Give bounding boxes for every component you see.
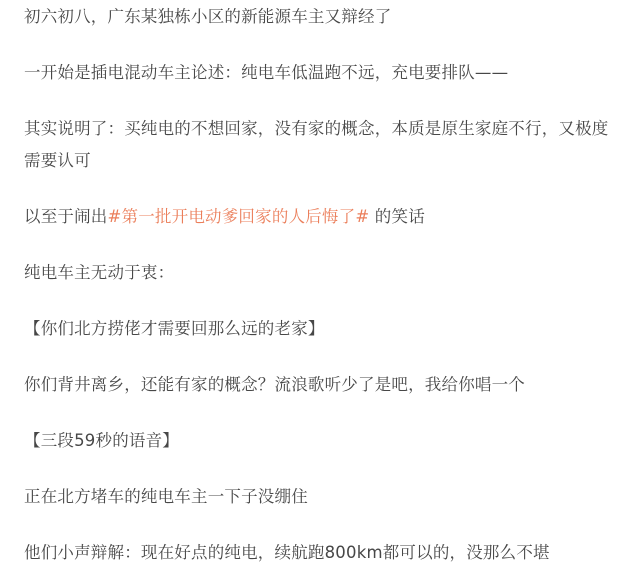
text-run: 【三段59秒的语音】: [24, 431, 179, 450]
hashtag-link[interactable]: #第一批开电动爹回家的人后悔了#: [108, 207, 370, 226]
paragraph: 【三段59秒的语音】: [24, 425, 618, 457]
text-run: 以至于闹出: [24, 207, 108, 226]
text-run: 其实说明了：买纯电的不想回家，没有家的概念，本质是原生家庭不行，又极度需要认可: [24, 119, 609, 170]
text-run: 纯电车主无动于衷：: [24, 263, 174, 282]
post-content: 初六初八，广东某独栋小区的新能源车主又辩经了一开始是插电混动车主论述：纯电车低温…: [0, 0, 640, 569]
text-run: 【你们北方捞佬才需要回那么远的老家】: [24, 319, 325, 338]
paragraph: 【你们北方捞佬才需要回那么远的老家】: [24, 313, 618, 345]
text-run: 他们小声辩解：现在好点的纯电，续航跑800km都可以的，没那么不堪: [24, 543, 550, 562]
paragraph: 他们小声辩解：现在好点的纯电，续航跑800km都可以的，没那么不堪: [24, 537, 618, 569]
paragraph: 你们背井离乡，还能有家的概念？流浪歌听少了是吧，我给你唱一个: [24, 369, 618, 401]
text-run: 正在北方堵车的纯电车主一下子没绷住: [24, 487, 308, 506]
paragraph: 纯电车主无动于衷：: [24, 257, 618, 289]
text-run: 的笑话: [369, 207, 425, 226]
paragraph: 以至于闹出#第一批开电动爹回家的人后悔了# 的笑话: [24, 201, 618, 233]
paragraph: 初六初八，广东某独栋小区的新能源车主又辩经了: [24, 1, 618, 33]
paragraph: 其实说明了：买纯电的不想回家，没有家的概念，本质是原生家庭不行，又极度需要认可: [24, 113, 618, 177]
text-run: 你们背井离乡，还能有家的概念？流浪歌听少了是吧，我给你唱一个: [24, 375, 525, 394]
text-run: 一开始是插电混动车主论述：纯电车低温跑不远，充电要排队——: [24, 63, 508, 82]
paragraph: 一开始是插电混动车主论述：纯电车低温跑不远，充电要排队——: [24, 57, 618, 89]
paragraph: 正在北方堵车的纯电车主一下子没绷住: [24, 481, 618, 513]
text-run: 初六初八，广东某独栋小区的新能源车主又辩经了: [24, 7, 391, 26]
